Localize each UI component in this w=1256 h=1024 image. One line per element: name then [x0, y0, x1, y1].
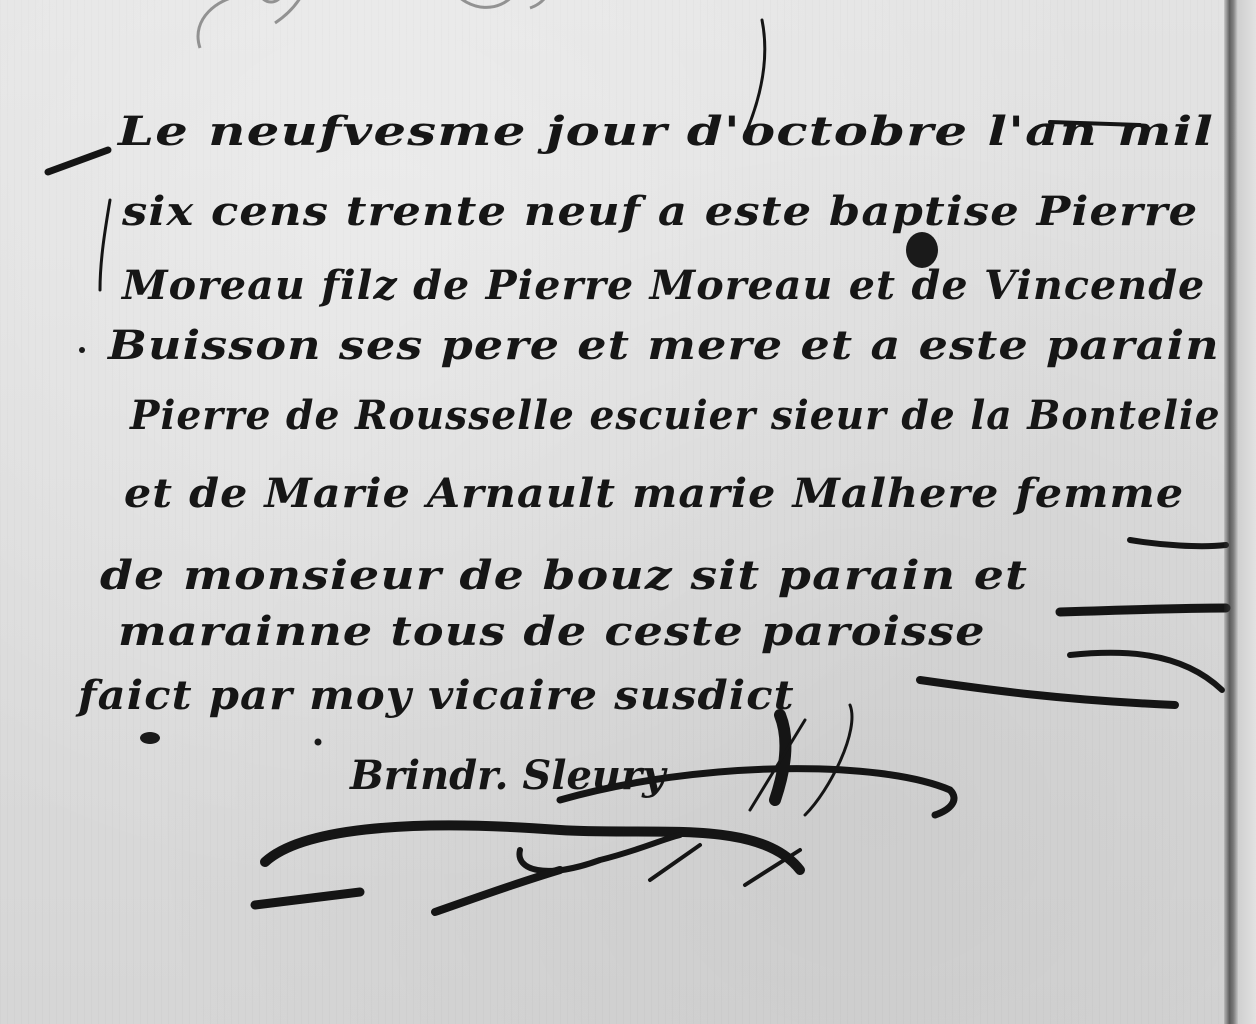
- ink-flourishes-icon: [0, 0, 1256, 1024]
- manuscript-page: Le neufvesme jour d'octobre l'an mil six…: [0, 0, 1256, 1024]
- binding-gutter: [1224, 0, 1238, 1024]
- page-edge: [1238, 0, 1256, 1024]
